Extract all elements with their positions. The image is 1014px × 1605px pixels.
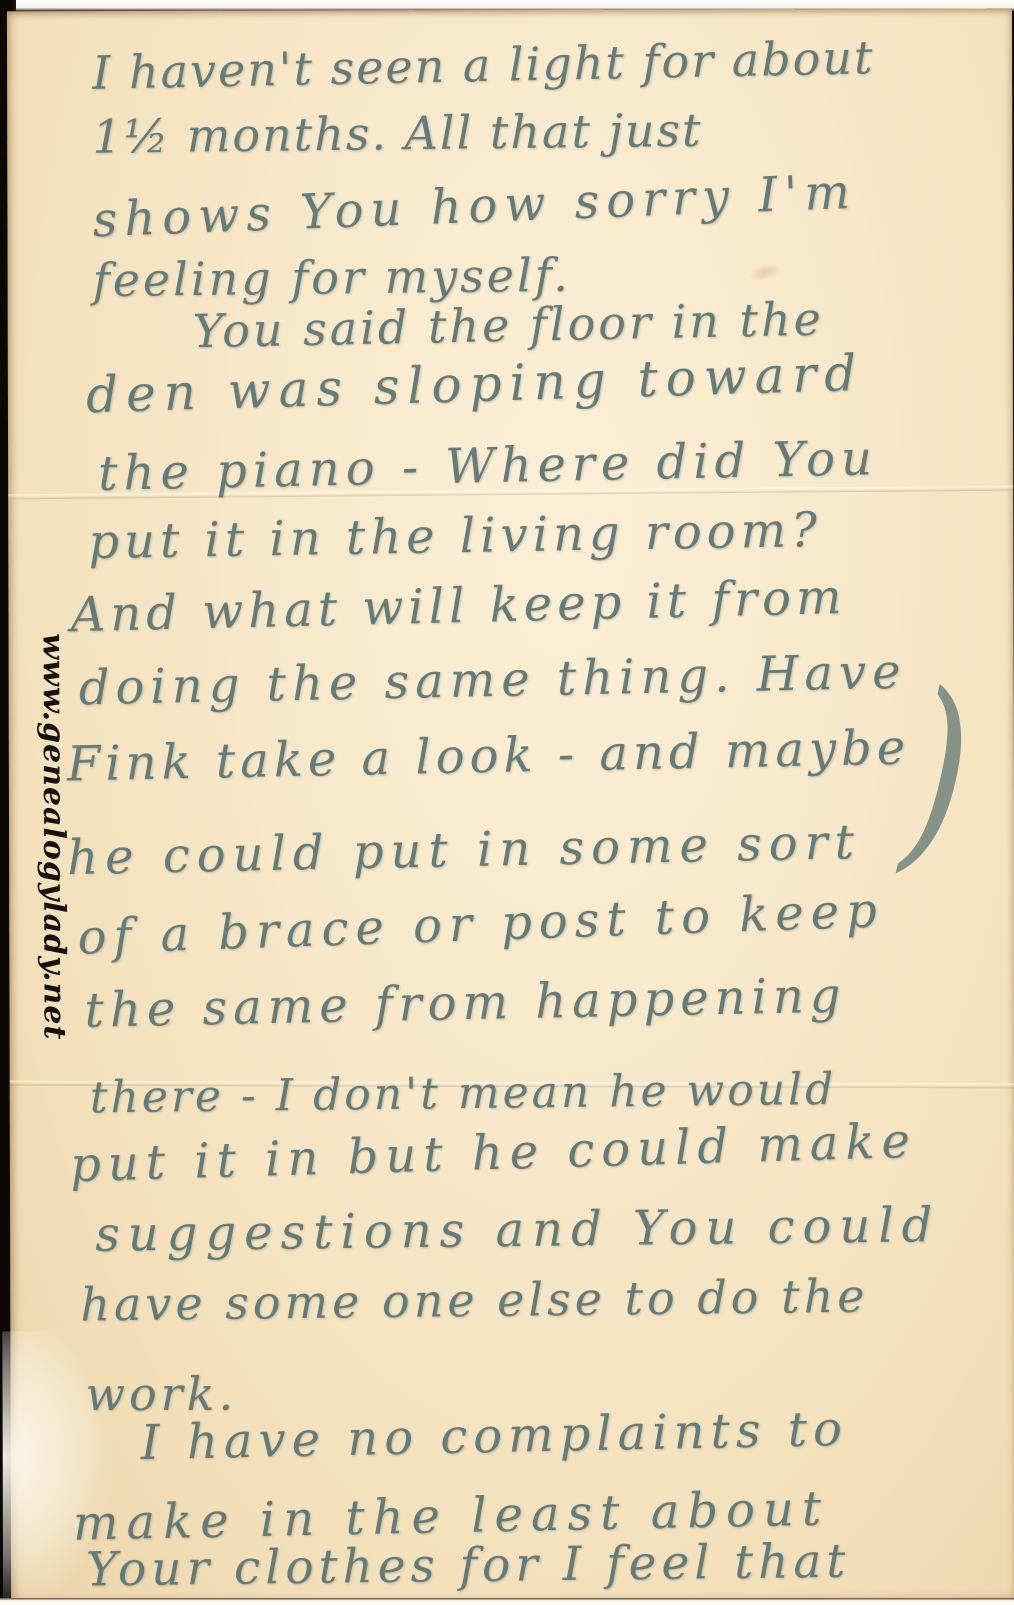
- handwritten-line-9: And what will keep it from: [70, 569, 847, 643]
- handwritten-line-15: there - I don't mean he would: [89, 1064, 836, 1123]
- handwritten-line-17: suggestions and You could: [95, 1197, 941, 1263]
- handwritten-line-12: he could put in some sort: [67, 814, 862, 886]
- handwritten-line-11: Fink take a look - and maybe: [66, 720, 910, 793]
- paper-stain: [746, 260, 783, 284]
- handwritten-line-14: the same from happening: [84, 967, 847, 1038]
- handwritten-line-22: Your clothes for I feel that: [86, 1534, 851, 1598]
- scanned-letter: www.genealogylady.net I haven't seen a l…: [0, 0, 1014, 1605]
- handwritten-line-18: have some one else to do the: [80, 1269, 869, 1332]
- handwritten-line-3: shows You how sorry I'm: [92, 164, 858, 249]
- handwritten-line-8: put it in the living room?: [88, 502, 822, 570]
- handwritten-line-2: 1½ months. All that just: [92, 103, 703, 164]
- handwritten-line-10: doing the same thing. Have: [78, 644, 907, 717]
- letter-page: www.genealogylady.net I haven't seen a l…: [7, 9, 1014, 1603]
- scanner-edge-bottom: [0, 1598, 1014, 1605]
- pen-flourish: ): [898, 665, 977, 879]
- handwritten-line-20: I have no complaints to: [140, 1401, 848, 1471]
- handwritten-line-16: put it in but he could make: [69, 1113, 917, 1193]
- handwritten-line-13: of a brace or post to keep: [77, 882, 885, 965]
- handwritten-line-1: I haven't seen a light for about: [92, 30, 875, 100]
